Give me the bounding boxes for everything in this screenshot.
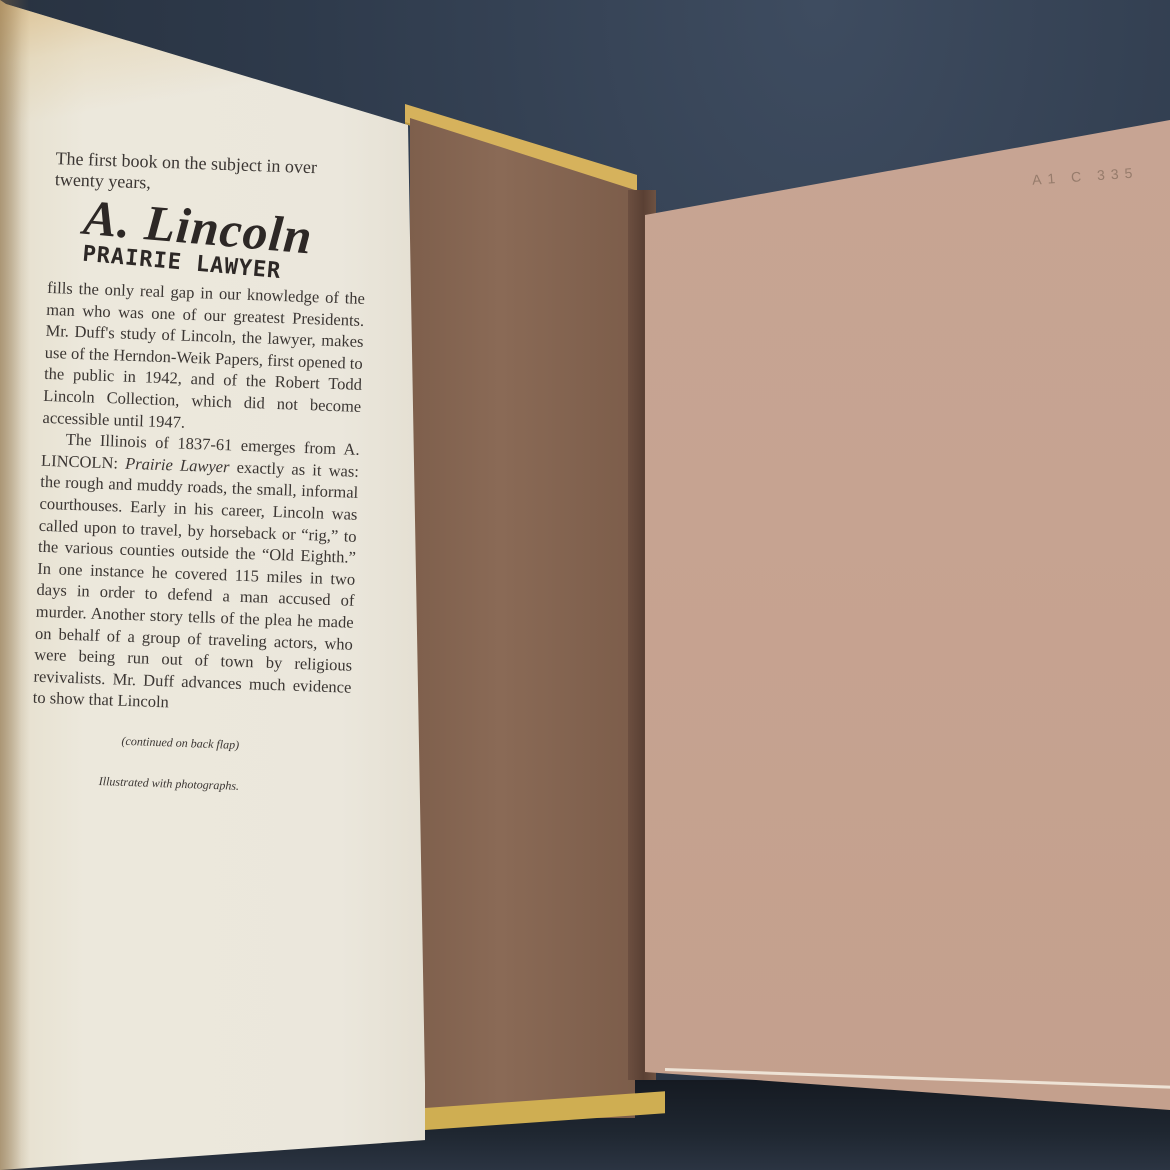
pasted-endpaper (410, 118, 635, 1118)
continued-note: (continued on back flap) (31, 731, 349, 757)
flap-fold-shadow (0, 0, 30, 1170)
flap-paragraph-2-italic: Prairie Lawyer (125, 454, 230, 477)
free-endpaper (645, 120, 1170, 1110)
flap-paragraph-2-rest: exactly as it was: the rough and muddy r… (32, 457, 359, 712)
book-photo: A1 C 335 The first book on the subject i… (0, 0, 1170, 1170)
flap-paragraph-2: The Illinois of 1837-61 emerges from A. … (32, 428, 360, 720)
flap-text-block: The first book on the subject in over tw… (30, 148, 370, 798)
flap-paragraph-1: fills the only real gap in our knowledge… (42, 277, 365, 439)
